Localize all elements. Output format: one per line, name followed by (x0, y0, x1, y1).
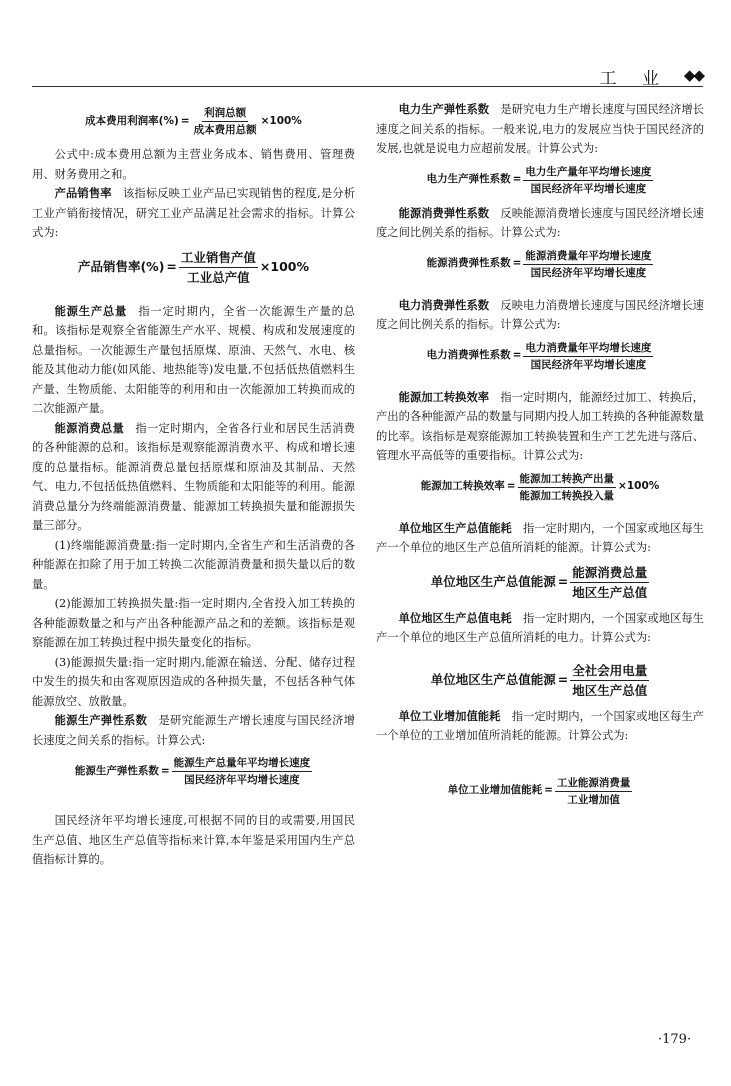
formula-lhs: 成本费用利润率(%) (85, 112, 179, 132)
numerator: 电力消费量年平均增长速度 (523, 341, 653, 357)
denominator: 地区生产总值 (570, 583, 649, 601)
denominator: 能源加工转换投入量 (518, 488, 617, 503)
formula-sales-rate: 产品销售率(%) = 工业销售产值 工业总产值 ×100% (32, 249, 355, 286)
paragraph-energy-consumption-elasticity: 能源消费弹性系数反映能源消费增长速度与国民经济增长速度之间比例关系的指标。计算公… (376, 204, 704, 243)
formula-lhs: 电力消费弹性系数 (427, 346, 511, 366)
formula-lhs: 能源加工转换效率 (421, 477, 505, 497)
paragraph-text: 指一定时期内，全省一次能源生产量的总和。该指标是观察全省能源生产水平、规模、构成… (32, 305, 355, 416)
paragraph-power-consumption-elasticity: 电力消费弹性系数反映电力消费增长速度与国民经济增长速度之间比例关系的指标。计算公… (376, 296, 704, 335)
fraction: 能源加工转换产出量 能源加工转换投入量 (518, 472, 617, 503)
term-heading: 单位工业增加值能耗 (399, 709, 501, 723)
page-number: ·179· (658, 1032, 691, 1047)
paragraph-text: 指一定时期内，全省各行业和居民生活消费的各种能源的总和。该指标是观察能源消费水平… (32, 422, 355, 533)
denominator: 工业总产值 (185, 268, 252, 286)
formula-equals: = (558, 670, 568, 690)
formula-equals: = (513, 170, 522, 190)
fraction: 全社会用电量 地区生产总值 (570, 662, 649, 699)
term-heading: 能源消费总量 (55, 421, 124, 435)
term-heading: 能源生产总量 (55, 304, 127, 318)
fraction: 电力生产量年平均增长速度 国民经济年平均增长速度 (523, 165, 653, 196)
fraction: 能源消费量年平均增长速度 国民经济年平均增长速度 (523, 249, 653, 280)
fraction: 利润总额 成本费用总额 (192, 106, 259, 137)
multiplier: ×100% (618, 477, 659, 497)
term-heading: 能源消费弹性系数 (399, 206, 490, 220)
fraction: 工业销售产值 工业总产值 (179, 249, 258, 286)
multiplier: ×100% (261, 112, 302, 132)
left-column: 成本费用利润率(%) = 利润总额 成本费用总额 ×100% 公式中:成本费用总… (32, 100, 355, 870)
formula-lhs: 单位工业增加值能耗 (448, 781, 543, 801)
numerator: 工业能源消费量 (555, 776, 633, 792)
paragraph-energy-production-elasticity: 能源生产弹性系数是研究能源生产增长速度与国民经济增长速度之间关系的指标。计算公式… (32, 711, 355, 750)
formula-lhs: 产品销售率(%) (78, 257, 164, 277)
right-column: 电力生产弹性系数是研究电力生产增长速度与国民经济增长速度之间关系的指标。一般来说… (376, 100, 704, 815)
denominator: 国民经济年平均增长速度 (529, 265, 649, 280)
paragraph-gdp-energy-intensity: 单位地区生产总值能耗指一定时期内，一个国家或地区每生产一个单位的地区生产总值所消… (376, 519, 704, 558)
formula-lhs: 单位地区生产总值能源 (431, 572, 556, 592)
term-heading: 能源加工转换效率 (399, 390, 490, 404)
formula-equals: = (161, 762, 170, 782)
formula-power-production-elasticity: 电力生产弹性系数 = 电力生产量年平均增长速度 国民经济年平均增长速度 (376, 165, 704, 196)
term-heading: 电力消费弹性系数 (399, 298, 490, 312)
fraction: 能源消费总量 地区生产总值 (570, 564, 649, 601)
section-title: 工 业 (600, 64, 669, 89)
numerator: 能源消费总量 (570, 564, 649, 583)
denominator: 工业增加值 (565, 792, 622, 807)
formula-gdp-power-intensity: 单位地区生产总值能源 = 全社会用电量 地区生产总值 (376, 662, 704, 699)
formula-lhs: 能源生产弹性系数 (75, 762, 159, 782)
formula-equals: = (558, 572, 568, 592)
formula-equals: = (181, 112, 190, 132)
paragraph-cost-note: 公式中:成本费用总额为主营业务成本、销售费用、管理费用、财务费用之和。 (32, 145, 355, 184)
formula-power-consumption-elasticity: 电力消费弹性系数 = 电力消费量年平均增长速度 国民经济年平均增长速度 (376, 341, 704, 372)
formula-equals: = (513, 346, 522, 366)
numerator: 利润总额 (202, 106, 248, 122)
formula-equals: = (166, 257, 176, 277)
denominator: 成本费用总额 (192, 122, 259, 137)
diamond-ornament-icon: ◆◆ (684, 66, 703, 84)
numerator: 工业销售产值 (179, 249, 258, 268)
numerator: 能源消费量年平均增长速度 (523, 249, 653, 265)
term-heading: 单位地区生产总值能耗 (399, 521, 512, 535)
numerator: 能源加工转换产出量 (518, 472, 617, 488)
running-header: 工 业 ◆◆ (32, 66, 703, 87)
formula-lhs: 电力生产弹性系数 (427, 170, 511, 190)
paragraph-power-production-elasticity: 电力生产弹性系数是研究电力生产增长速度与国民经济增长速度之间关系的指标。一般来说… (376, 100, 704, 159)
paragraph-item-3: (3)能源损失量:指一定时期内,能源在输送、分配、储存过程中发生的损失和由客观原… (32, 653, 355, 712)
term-heading: 能源生产弹性系数 (55, 713, 148, 727)
formula-equals: = (507, 477, 516, 497)
paragraph-gdp-note: 国民经济年平均增长速度,可根据不同的目的或需要,用国民生产总值、地区生产总值等指… (32, 811, 355, 870)
paragraph-industrial-energy-intensity: 单位工业增加值能耗指一定时期内，一个国家或地区每生产一个单位的工业增加值所消耗的… (376, 707, 704, 746)
term-heading: 电力生产弹性系数 (399, 102, 490, 116)
paragraph-energy-consumption: 能源消费总量指一定时期内，全省各行业和居民生活消费的各种能源的总和。该指标是观察… (32, 419, 355, 536)
formula-lhs: 单位地区生产总值能源 (431, 670, 556, 690)
formula-energy-production-elasticity: 能源生产弹性系数 = 能源生产总量年平均增长速度 国民经济年平均增长速度 (32, 756, 355, 787)
denominator: 国民经济年平均增长速度 (182, 772, 302, 787)
formula-gdp-energy-intensity: 单位地区生产总值能源 = 能源消费总量 地区生产总值 (376, 564, 704, 601)
term-heading: 产品销售率 (55, 186, 112, 200)
paragraph-item-1: (1)终端能源消费量:指一定时期内,全省生产和生活消费的各种能源在扣除了用于加工… (32, 536, 355, 595)
formula-cost-profit-rate: 成本费用利润率(%) = 利润总额 成本费用总额 ×100% (32, 106, 355, 137)
fraction: 工业能源消费量 工业增加值 (555, 776, 633, 807)
fraction: 电力消费量年平均增长速度 国民经济年平均增长速度 (523, 341, 653, 372)
paragraph-sales-rate: 产品销售率该指标反映工业产品已实现销售的程度,是分析工业产销衔接情况，研究工业产… (32, 184, 355, 243)
denominator: 国民经济年平均增长速度 (529, 357, 649, 372)
formula-industrial-energy-intensity: 单位工业增加值能耗 = 工业能源消费量 工业增加值 (376, 776, 704, 807)
numerator: 全社会用电量 (570, 662, 649, 681)
formula-equals: = (544, 781, 553, 801)
formula-conversion-efficiency: 能源加工转换效率 = 能源加工转换产出量 能源加工转换投入量 ×100% (376, 472, 704, 503)
paragraph-item-2: (2)能源加工转换损失量:指一定时期内,全省投入加工转换的各种能源数量之和与产出… (32, 594, 355, 653)
formula-lhs: 能源消费弹性系数 (427, 254, 511, 274)
formula-equals: = (513, 254, 522, 274)
denominator: 地区生产总值 (570, 681, 649, 699)
numerator: 电力生产量年平均增长速度 (523, 165, 653, 181)
fraction: 能源生产总量年平均增长速度 国民经济年平均增长速度 (172, 756, 313, 787)
denominator: 国民经济年平均增长速度 (529, 181, 649, 196)
paragraph-energy-production: 能源生产总量指一定时期内，全省一次能源生产量的总和。该指标是观察全省能源生产水平… (32, 302, 355, 419)
term-heading: 单位地区生产总值电耗 (399, 611, 512, 625)
numerator: 能源生产总量年平均增长速度 (172, 756, 313, 772)
multiplier: ×100% (260, 257, 309, 277)
paragraph-conversion-efficiency: 能源加工转换效率指一定时期内，能源经过加工、转换后，产出的各种能源产品的数量与同… (376, 388, 704, 466)
paragraph-gdp-power-intensity: 单位地区生产总值电耗指一定时期内，一个国家或地区每生产一个单位的地区生产总值所消… (376, 609, 704, 648)
formula-energy-consumption-elasticity: 能源消费弹性系数 = 能源消费量年平均增长速度 国民经济年平均增长速度 (376, 249, 704, 280)
